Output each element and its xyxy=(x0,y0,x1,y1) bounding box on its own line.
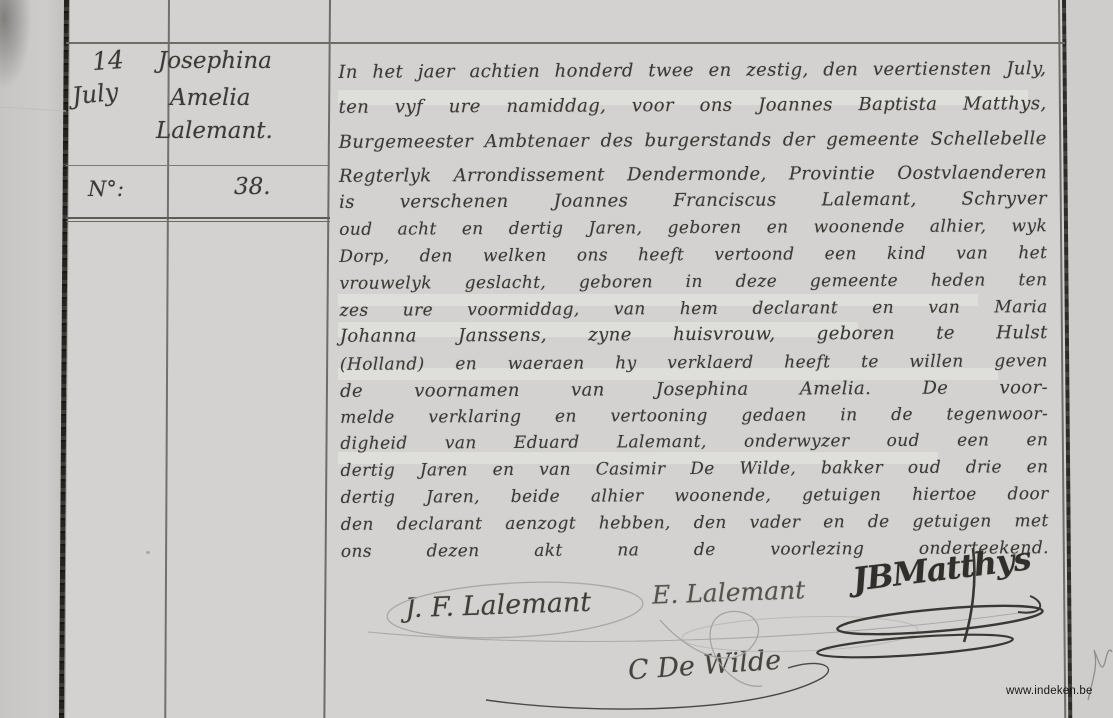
page-right-margin xyxy=(1066,0,1113,718)
manuscript-line: is verschenen Joannes Franciscus Laleman… xyxy=(339,186,1047,216)
column-divider-body xyxy=(323,0,331,718)
manuscript-line: zes ure voormiddag, van hem declarant en… xyxy=(340,294,1048,324)
watermark-label: www.indeken.be xyxy=(1006,685,1093,697)
manuscript-line: oud acht en dertig Jaren, geboren en woo… xyxy=(339,213,1047,243)
manuscript-line: Dorp, den welken ons heeft vertoond een … xyxy=(339,240,1047,270)
signature-father: J. F. Lalemant xyxy=(405,587,592,624)
officer-paraph-tail xyxy=(1018,596,1040,613)
manuscript-line: den declarant aenzogt hebben, den vader … xyxy=(341,508,1049,538)
manuscript-line: digheid van Eduard Lalemant, onderwyzer … xyxy=(340,427,1048,457)
margin-day: 14 xyxy=(91,45,125,76)
margin-month: July xyxy=(71,78,120,111)
act-number-value: 38. xyxy=(234,174,271,200)
officer-paraph-loop-1 xyxy=(836,600,1043,640)
manuscript-line: vrouwelyk geslacht, geboren in deze geme… xyxy=(339,267,1047,297)
manuscript-line: In het jaer achtien honderd twee en zest… xyxy=(338,56,1046,86)
child-name-line1: Josephina xyxy=(158,48,272,74)
signature-witness-lalemant: E. Lalemant xyxy=(652,575,806,609)
manuscript-line: melde verklaring en vertooning gedaen in… xyxy=(340,401,1048,431)
scanned-register-page: 14 July Josephina Amelia Lalemant. N°: 3… xyxy=(0,0,1113,718)
manuscript-line: (Holland) en waeraen hy verklaerd heeft … xyxy=(340,348,1048,378)
manuscript-line: Burgemeester Ambtenaer des burgerstands … xyxy=(339,126,1047,156)
manuscript-line: dertig Jaren, beide alhier woonende, get… xyxy=(341,481,1049,511)
act-text-block: In het jaer achtien honderd twee en zest… xyxy=(338,0,1046,2)
officer-paraph-loop-2 xyxy=(817,630,1014,662)
act-number-label: N°: xyxy=(88,177,124,201)
signature-witness-dewilde: C De Wilde xyxy=(627,645,782,687)
scan-smudge xyxy=(0,0,34,96)
manuscript-line: de voornamen van Josephina Amelia. De vo… xyxy=(340,375,1048,405)
child-name-line2: Amelia xyxy=(170,85,250,111)
row-divider-name-number xyxy=(66,165,330,166)
row-divider-double-a xyxy=(66,217,330,219)
row-divider-top xyxy=(66,42,1065,44)
manuscript-line: Regterlyk Arrondissement Dendermonde, Pr… xyxy=(339,160,1047,190)
manuscript-line: Johanna Janssens, zyne huisvrouw, gebore… xyxy=(340,320,1048,350)
binding-gutter xyxy=(0,0,66,718)
manuscript-line: ten vyf ure namiddag, voor ons Joannes B… xyxy=(338,91,1046,121)
child-name-line3: Lalemant. xyxy=(156,118,273,144)
manuscript-line: dertig Jaren en van Casimir De Wilde, ba… xyxy=(340,454,1048,484)
row-divider-double-b xyxy=(66,221,330,222)
scan-speck xyxy=(146,551,150,554)
